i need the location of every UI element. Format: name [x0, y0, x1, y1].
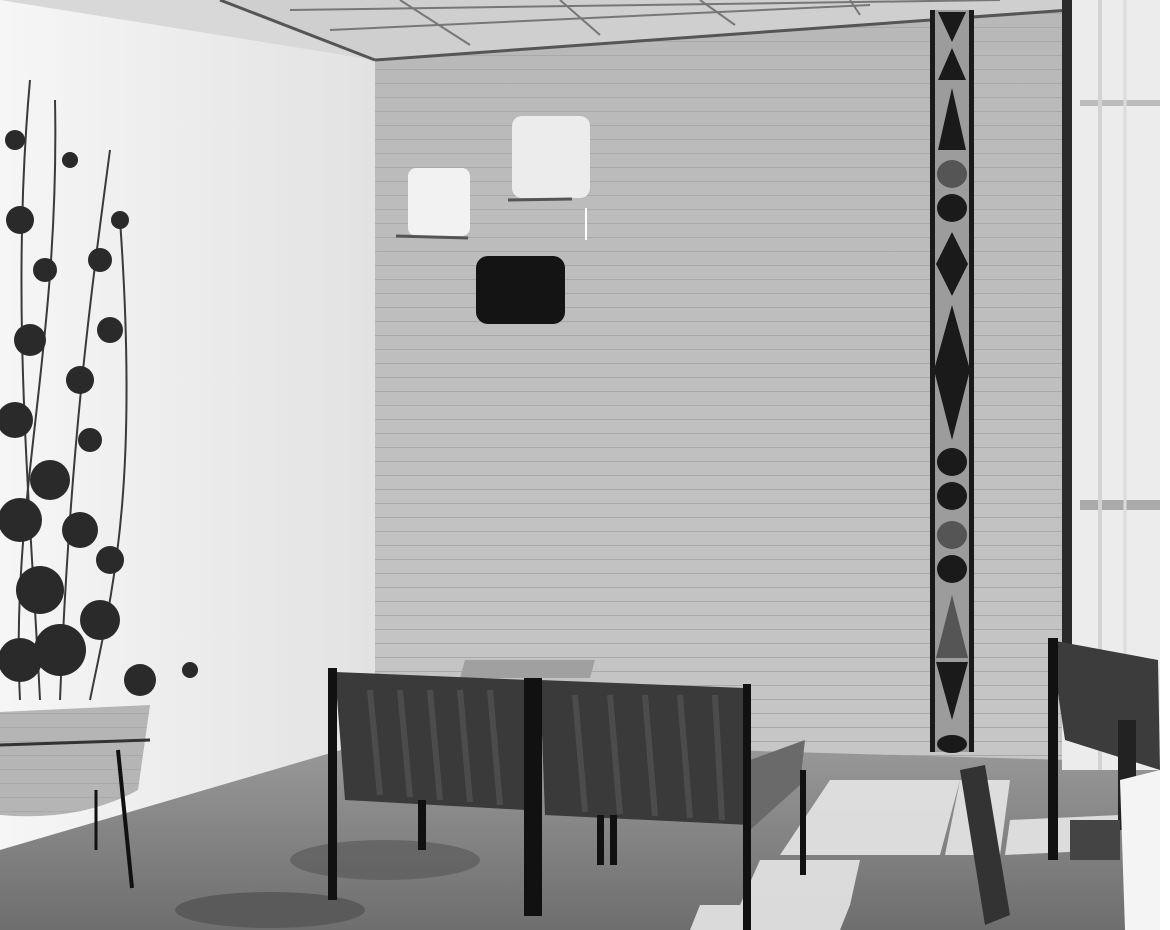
dark-wall-panel [476, 256, 565, 324]
decorative-column-banner [930, 10, 974, 753]
photo-canvas [0, 0, 1170, 930]
interior-photograph [0, 0, 1170, 930]
bench-shadow [290, 840, 480, 880]
